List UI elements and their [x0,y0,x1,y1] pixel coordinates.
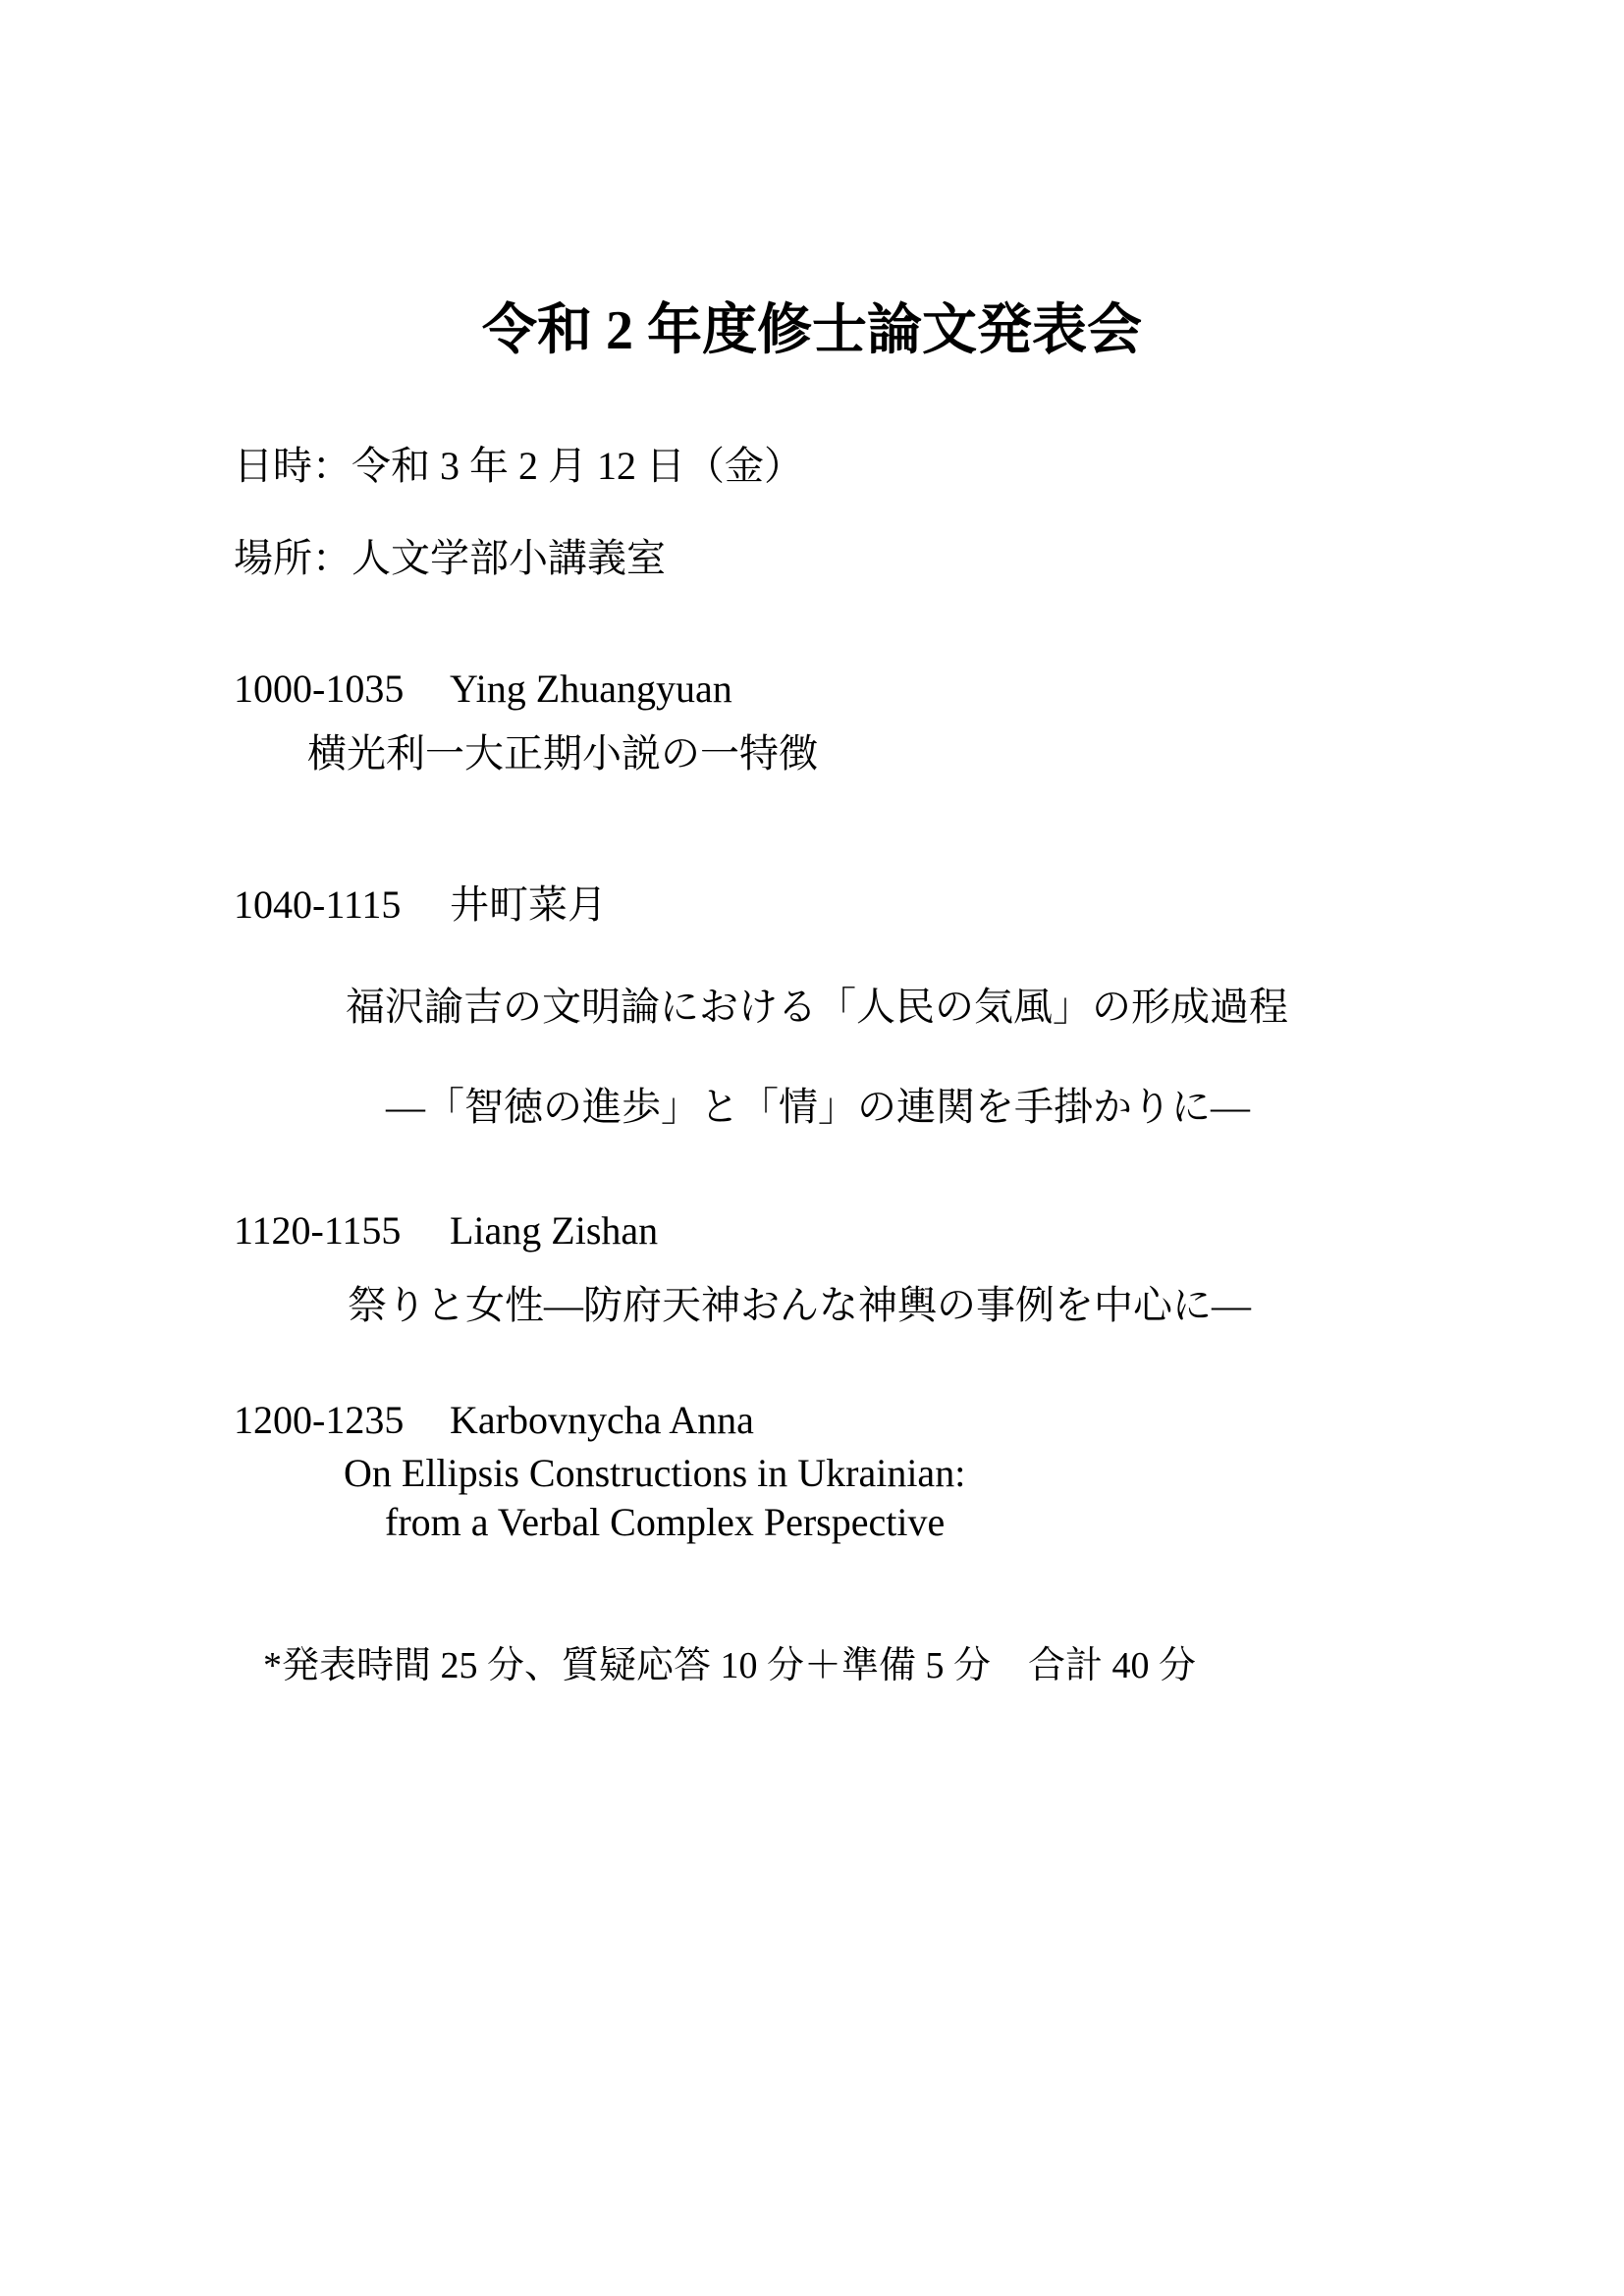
presenter-name: Ying Zhuangyuan [450,667,732,711]
thesis-title: 横光利一大正期小説の一特徴 [307,731,818,776]
thesis-title-continued: from a Verbal Complex Perspective [385,1500,945,1545]
time-slot: 1000-1035 [234,667,450,712]
thesis-title: 祭りと女性―防府天神おんな神輿の事例を中心に― [348,1283,1251,1328]
schedule-item-time-presenter: 1200-1235Karbovnycha Anna [234,1398,754,1443]
thesis-title: On Ellipsis Constructions in Ukrainian: [344,1451,965,1496]
event-datetime: 日時：令和 3 年 2 月 12 日（金） [234,444,803,489]
time-slot: 1120-1155 [234,1208,450,1254]
event-location: 場所：人文学部小講義室 [234,536,666,581]
presenter-name: Karbovnycha Anna [450,1398,754,1442]
presenter-name: Liang Zishan [450,1208,658,1253]
footnote: *発表時間 25 分、質疑応答 10 分＋準備 5 分 合計 40 分 [263,1645,1196,1688]
schedule-item-time-presenter: 1040-1115井町菜月 [234,882,607,928]
time-slot: 1200-1235 [234,1398,450,1443]
document-page: 令和 2 年度修士論文発表会 日時：令和 3 年 2 月 12 日（金） 場所：… [0,0,1624,2296]
thesis-title: 福沢諭吉の文明論における「人民の気風」の形成過程 [346,985,1288,1030]
schedule-item-time-presenter: 1120-1155Liang Zishan [234,1208,658,1254]
presenter-name: 井町菜月 [450,882,607,927]
page-title: 令和 2 年度修士論文発表会 [0,287,1624,365]
time-slot: 1040-1115 [234,882,450,928]
thesis-subtitle: ―「智徳の進歩」と「情」の連関を手掛かりに― [386,1085,1250,1130]
schedule-item-time-presenter: 1000-1035Ying Zhuangyuan [234,667,732,712]
